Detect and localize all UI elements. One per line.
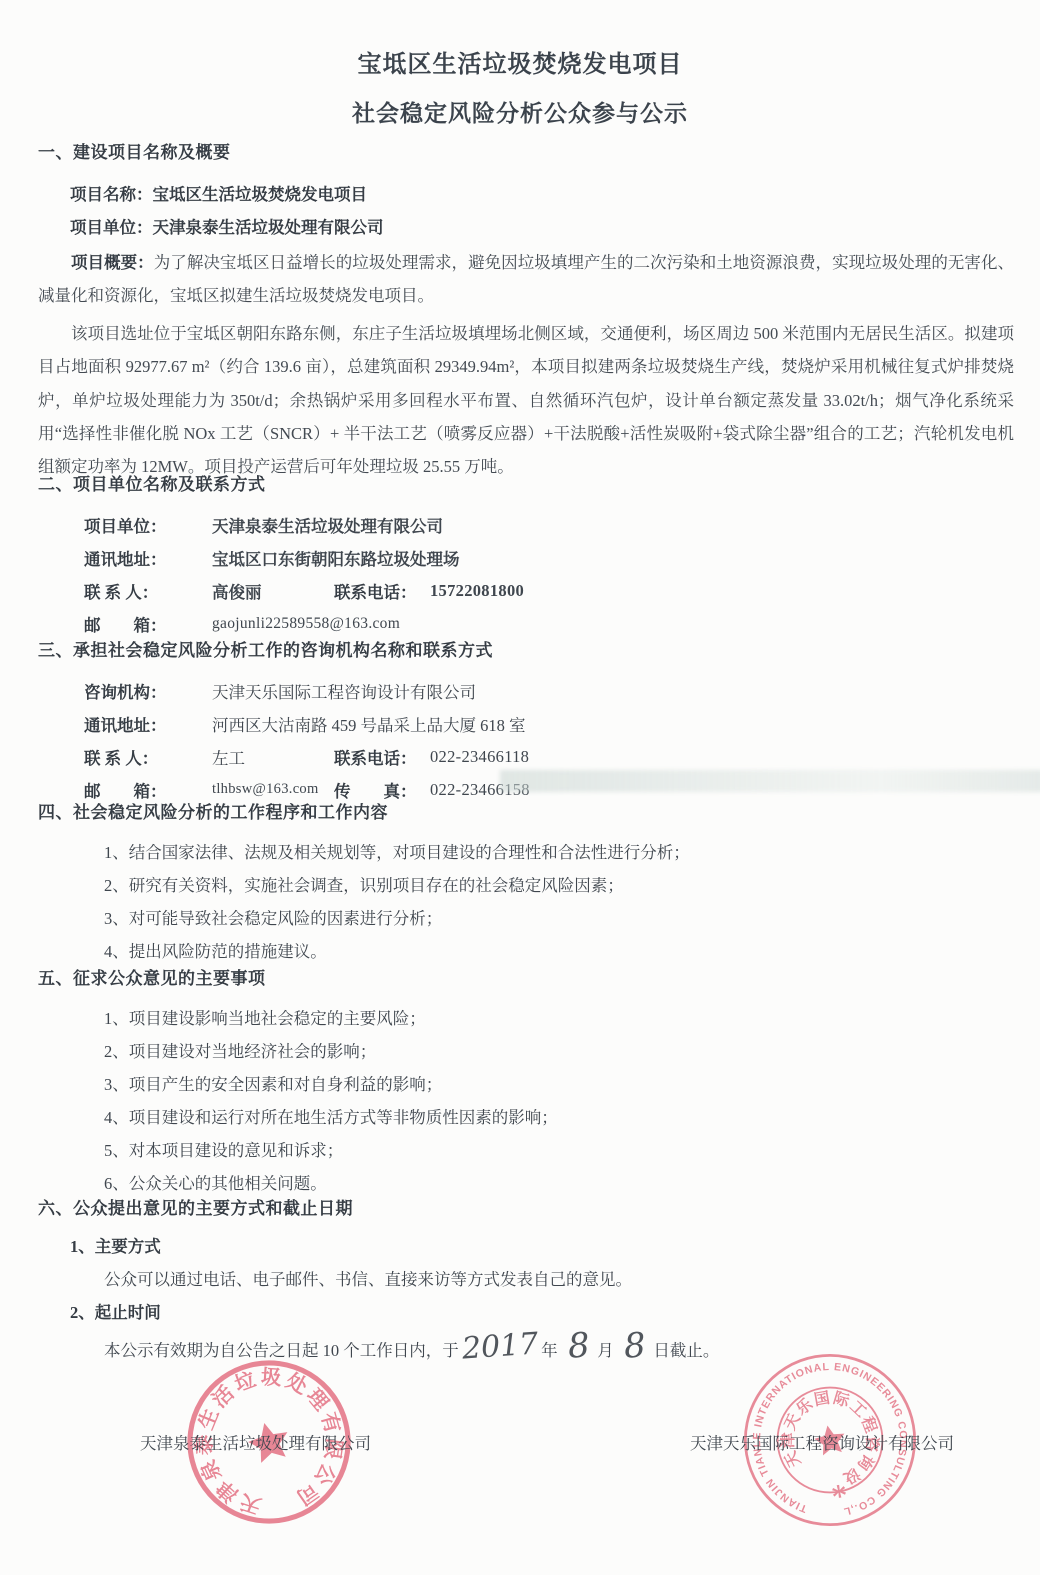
section-heading: 六、公众提出意见的主要方式和截止日期 (38, 1196, 1014, 1222)
field-value: 宝坻区口东街朝阳东路垃圾处理场 (212, 546, 460, 570)
document-title: 宝坻区生活垃圾焚烧发电项目 (0, 44, 1040, 79)
scan-artifact (500, 770, 1040, 792)
field-label: 邮 箱： (84, 612, 212, 636)
field-label: 通讯地址： (84, 712, 212, 736)
contact-row: 联 系 人：高俊丽联系电话：15722081800 (84, 574, 1014, 607)
project-name-row: 项目名称：宝坻区生活垃圾焚烧发电项目 (70, 176, 1014, 209)
year-unit: 年 (541, 1337, 558, 1361)
section-owner-contact: 二、项目单位名称及联系方式 项目单位：天津泉泰生活垃圾处理有限公司 通讯地址：宝… (38, 472, 1014, 640)
section-heading: 五、征求公众意见的主要事项 (38, 966, 1014, 992)
field-label: 通讯地址： (84, 546, 212, 570)
list-item: 2、项目建设对当地经济社会的影响； (104, 1033, 1014, 1066)
section-feedback-method: 六、公众提出意见的主要方式和截止日期 1、主要方式 公众可以通过电话、电子邮件、… (38, 1196, 1014, 1371)
field-value: 宝坻区生活垃圾焚烧发电项目 (153, 181, 368, 205)
section-project-overview: 一、建设项目名称及概要 项目名称：宝坻区生活垃圾焚烧发电项目 项目单位：天津泉泰… (38, 140, 1014, 484)
month-unit: 月 (597, 1337, 614, 1361)
field-label: 联系电话： (334, 579, 430, 603)
handwritten-day: 8 (623, 1330, 647, 1361)
section-work-procedure: 四、社会稳定风险分析的工作程序和工作内容 1、结合国家法律、法规及相关规划等，对… (38, 800, 1014, 966)
feedback-method-text: 公众可以通过电话、电子邮件、书信、直接来访等方式发表自己的意见。 (104, 1261, 1014, 1294)
field-value: 天津天乐国际工程咨询设计有限公司 (212, 679, 476, 703)
list-item: 4、提出风险防范的措施建议。 (104, 933, 1014, 966)
field-label: 联系电话： (334, 745, 430, 769)
summary-label: 项目概要： (71, 253, 154, 272)
section-public-opinion-items: 五、征求公众意见的主要事项 1、项目建设影响当地社会稳定的主要风险； 2、项目建… (38, 966, 1014, 1198)
consultant-company-signature: 天津天乐国际工程咨询设计有限公司 (690, 1430, 954, 1454)
phone-number: 022-23466118 (430, 747, 529, 767)
contact-row: 联 系 人：左工联系电话：022-23466118 (84, 740, 1014, 773)
document-subtitle: 社会稳定风险分析公众参与公示 (0, 95, 1040, 128)
sub-heading: 2、起止时间 (70, 1294, 1014, 1327)
contact-row: 项目单位：天津泉泰生活垃圾处理有限公司 (84, 508, 1014, 541)
list-item: 3、对可能导致社会稳定风险的因素进行分析； (104, 900, 1014, 933)
owner-company-signature: 天津泉泰生活垃圾处理有限公司 (140, 1430, 371, 1454)
field-label: 邮 箱： (84, 778, 212, 802)
contact-person: 高俊丽 (212, 579, 334, 603)
contact-row: 邮 箱：gaojunli22589558@163.com (84, 607, 1014, 640)
list-item: 4、项目建设和运行对所在地生活方式等非物质性因素的影响； (104, 1099, 1014, 1132)
list-item: 6、公众关心的其他相关问题。 (104, 1165, 1014, 1198)
section-heading: 一、建设项目名称及概要 (38, 140, 1014, 166)
list-item: 3、项目产生的安全因素和对自身利益的影响； (104, 1066, 1014, 1099)
section-heading: 三、承担社会稳定风险分析工作的咨询机构名称和联系方式 (38, 638, 1014, 664)
field-label: 咨询机构： (84, 679, 212, 703)
handwritten-year: 2017 (461, 1329, 539, 1364)
field-label: 项目名称： (70, 181, 153, 205)
project-summary-paragraph: 项目概要：为了解决宝坻区日益增长的垃圾处理需求，避免因垃圾填埋产生的二次污染和土… (38, 246, 1014, 313)
list-item: 1、项目建设影响当地社会稳定的主要风险； (104, 1000, 1014, 1033)
list-item: 1、结合国家法律、法规及相关规划等，对项目建设的合理性和合法性进行分析； (104, 834, 1014, 867)
contact-row: 咨询机构：天津天乐国际工程咨询设计有限公司 (84, 674, 1014, 707)
field-label: 联 系 人： (84, 579, 212, 603)
scanned-document-page: 宝坻区生活垃圾焚烧发电项目 社会稳定风险分析公众参与公示 一、建设项目名称及概要… (0, 0, 1040, 1575)
sub-heading: 1、主要方式 (70, 1228, 1014, 1261)
email-address: tlhbsw@163.com (212, 781, 334, 798)
section-heading: 二、项目单位名称及联系方式 (38, 472, 1014, 498)
email-address: gaojunli22589558@163.com (212, 615, 400, 633)
field-value: 天津泉泰生活垃圾处理有限公司 (212, 513, 443, 537)
field-label: 项目单位： (70, 214, 153, 238)
summary-text: 为了解决宝坻区日益增长的垃圾处理需求，避免因垃圾填埋产生的二次污染和土地资源浪费… (38, 253, 1014, 305)
contact-person: 左工 (212, 745, 334, 769)
field-value: 河西区大沽南路 459 号晶采上品大厦 618 室 (212, 712, 526, 736)
field-label: 项目单位： (84, 513, 212, 537)
contact-row: 通讯地址：宝坻区口东街朝阳东路垃圾处理场 (84, 541, 1014, 574)
project-unit-row: 项目单位：天津泉泰生活垃圾处理有限公司 (70, 209, 1014, 242)
project-detail-paragraph: 该项目选址位于宝坻区朝阳东路东侧，东庄子生活垃圾填埋场北侧区域，交通便利，场区周… (38, 317, 1014, 484)
field-label: 传 真： (334, 778, 430, 802)
field-label: 联 系 人： (84, 745, 212, 769)
phone-number: 15722081800 (430, 581, 524, 601)
contact-row: 通讯地址：河西区大沽南路 459 号晶采上品大厦 618 室 (84, 707, 1014, 740)
deadline-suffix: 日截止。 (653, 1337, 719, 1361)
handwritten-month: 8 (567, 1330, 591, 1361)
list-item: 2、研究有关资料，实施社会调查，识别项目存在的社会稳定风险因素； (104, 867, 1014, 900)
field-value: 天津泉泰生活垃圾处理有限公司 (153, 214, 384, 238)
list-item: 5、对本项目建设的意见和诉求； (104, 1132, 1014, 1165)
section-heading: 四、社会稳定风险分析的工作程序和工作内容 (38, 800, 1014, 826)
